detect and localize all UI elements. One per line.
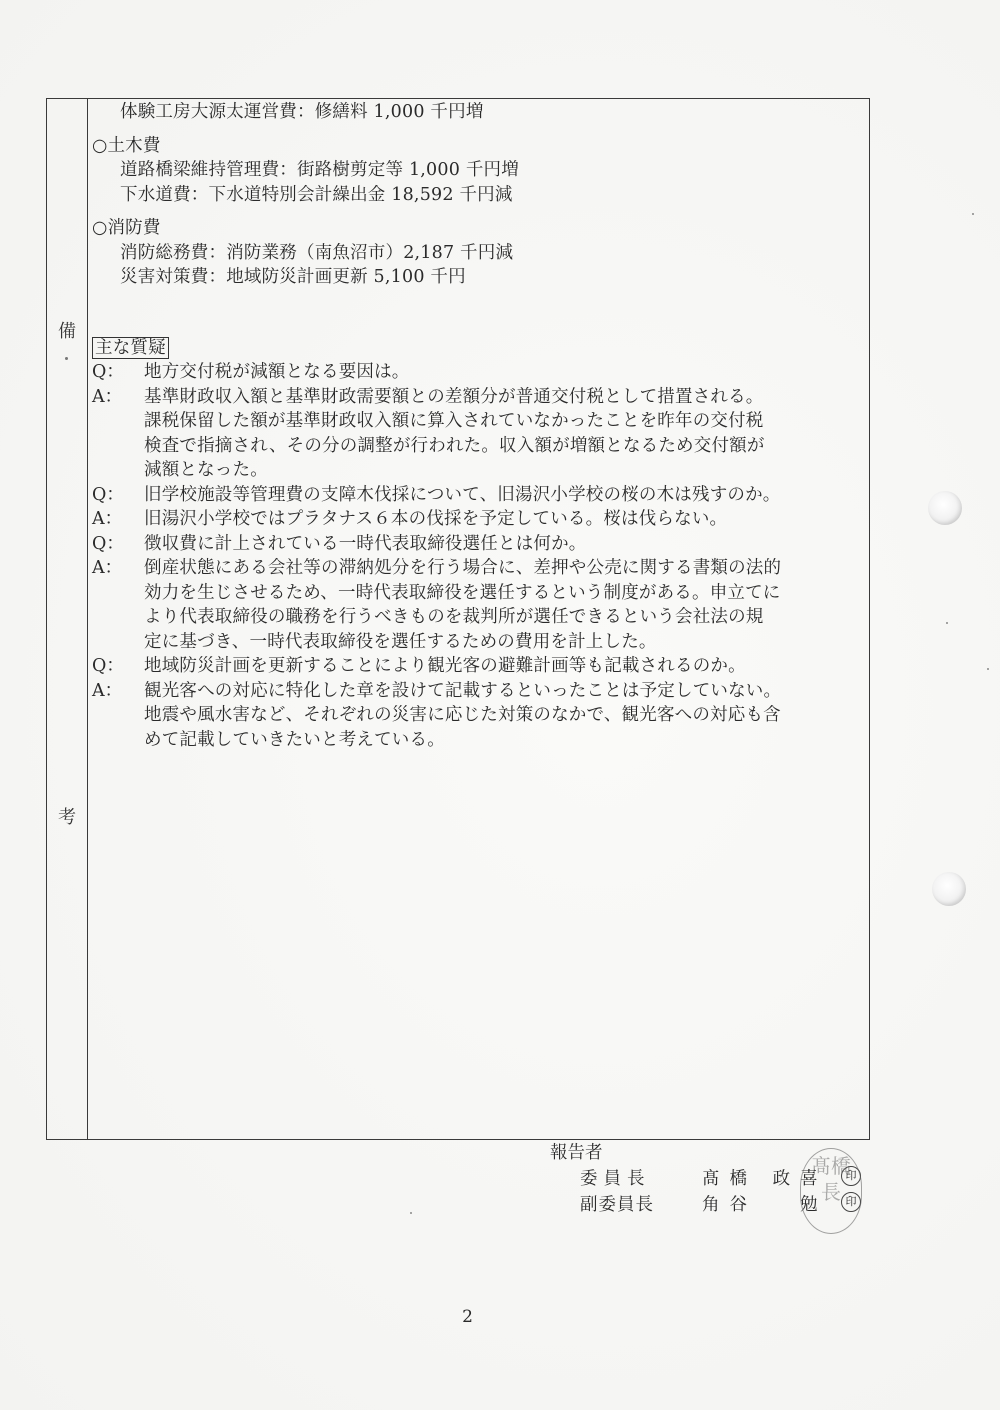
qa-text: 倒産状態にある会社等の滞納処分を行う場合に、差押や公売に関する書類の法的 [144, 556, 867, 581]
punch-hole-bottom [932, 872, 966, 906]
scan-speck [972, 213, 974, 215]
qa-tag: Q： [92, 360, 144, 385]
qa-tag: Q： [92, 654, 144, 679]
qa-question: Q： 地域防災計画を更新することにより観光客の避難計画等も記載されるのか。 [92, 654, 867, 679]
qa-question: Q： 地方交付税が減額となる要因は。 [92, 360, 867, 385]
qa-text: より代表取締役の職務を行うべきものを裁判所が選任できるという会社法の規 [144, 605, 867, 630]
reporter-label: 報告者 [550, 1140, 603, 1166]
side-label-bi: 備 [47, 317, 87, 343]
qa-section: 主な質疑 Q： 地方交付税が減額となる要因は。 A： 基準財政収入額と基準財政需… [92, 336, 867, 753]
qa-tag: A： [92, 556, 144, 654]
budget-item: 体験工房大源太運営費：修繕料 1,000 千円増 [92, 100, 867, 125]
qa-answer: A： 基準財政収入額と基準財政需要額との差額分が普通交付税として措置される。 課… [92, 385, 867, 483]
qa-tag: Q： [92, 532, 144, 557]
member-role: 副委員長 [550, 1192, 702, 1218]
qa-text: 地域防災計画を更新することにより観光客の避難計画等も記載されるのか。 [144, 654, 867, 679]
qa-answer: A： 倒産状態にある会社等の滞納処分を行う場合に、差押や公売に関する書類の法的 … [92, 556, 867, 654]
scan-speck [987, 668, 989, 670]
qa-text: 基準財政収入額と基準財政需要額との差額分が普通交付税として措置される。 [144, 385, 867, 410]
qa-text: 旧学校施設等管理費の支障木伐採について、旧湯沢小学校の桜の木は残すのか。 [144, 483, 867, 508]
budget-item: 道路橋梁維持管理費：街路樹剪定等 1,000 千円増 [92, 158, 867, 183]
qa-text: 効力を生じさせるため、一時代表取締役を選任するという制度がある。申立てに [144, 581, 867, 606]
qa-tag: A： [92, 385, 144, 483]
qa-question: Q： 徴収費に計上されている一時代表取締役選任とは何か。 [92, 532, 867, 557]
qa-question: Q： 旧学校施設等管理費の支障木伐採について、旧湯沢小学校の桜の木は残すのか。 [92, 483, 867, 508]
budget-item: 下水道費：下水道特別会計繰出金 18,592 千円減 [92, 183, 867, 208]
qa-tag: A： [92, 507, 144, 532]
budget-item: 消防総務費：消防業務（南魚沼市）2,187 千円減 [92, 241, 867, 266]
qa-tag: Q： [92, 483, 144, 508]
qa-text: 旧湯沢小学校ではプラタナス６本の伐採を予定している。桜は伐らない。 [144, 507, 867, 532]
budget-item: 災害対策費：地域防災計画更新 5,100 千円 [92, 265, 867, 290]
scan-speck [410, 1212, 412, 1214]
qa-text: 課税保留した額が基準財政収入額に算入されていなかったことを昨年の交付税 [144, 409, 867, 434]
qa-answer: A： 旧湯沢小学校ではプラタナス６本の伐採を予定している。桜は伐らない。 [92, 507, 867, 532]
qa-answer: A： 観光客への対応に特化した章を設けて記載するといったことは予定していない。 … [92, 679, 867, 753]
side-label-dot [65, 357, 68, 360]
qa-text: 減額となった。 [144, 458, 867, 483]
budget-items: 体験工房大源太運営費：修繕料 1,000 千円増 ○土木費 道路橋梁維持管理費：… [92, 100, 867, 290]
side-label-kou: 考 [47, 803, 87, 829]
qa-text: 観光客への対応に特化した章を設けて記載するといったことは予定していない。 [144, 679, 867, 704]
page-number: 2 [0, 1307, 935, 1327]
qa-text: めて記載していきたいと考えている。 [144, 728, 867, 753]
member-role: 委員長 [550, 1166, 702, 1192]
qa-text: 地方交付税が減額となる要因は。 [144, 360, 867, 385]
punch-hole-top [928, 491, 962, 525]
budget-category-heading: ○土木費 [92, 134, 867, 159]
qa-text: 地震や風水害など、それぞれの災害に応じた対策のなかで、観光客への対応も含 [144, 703, 867, 728]
scan-speck [946, 622, 948, 624]
qa-text: 徴収費に計上されている一時代表取締役選任とは何か。 [144, 532, 867, 557]
official-stamp-icon: 髙橋 長 [800, 1148, 862, 1234]
qa-text: 検査で指摘され、その分の調整が行われた。収入額が増額となるため交付額が [144, 434, 867, 459]
budget-category-heading: ○消防費 [92, 216, 867, 241]
qa-tag: A： [92, 679, 144, 753]
qa-text: 定に基づき、一時代表取締役を選任するための費用を計上した。 [144, 630, 867, 655]
remarks-content: 体験工房大源太運営費：修繕料 1,000 千円増 ○土木費 道路橋梁維持管理費：… [92, 100, 867, 752]
qa-section-heading: 主な質疑 [92, 337, 169, 359]
column-divider [87, 99, 88, 1139]
